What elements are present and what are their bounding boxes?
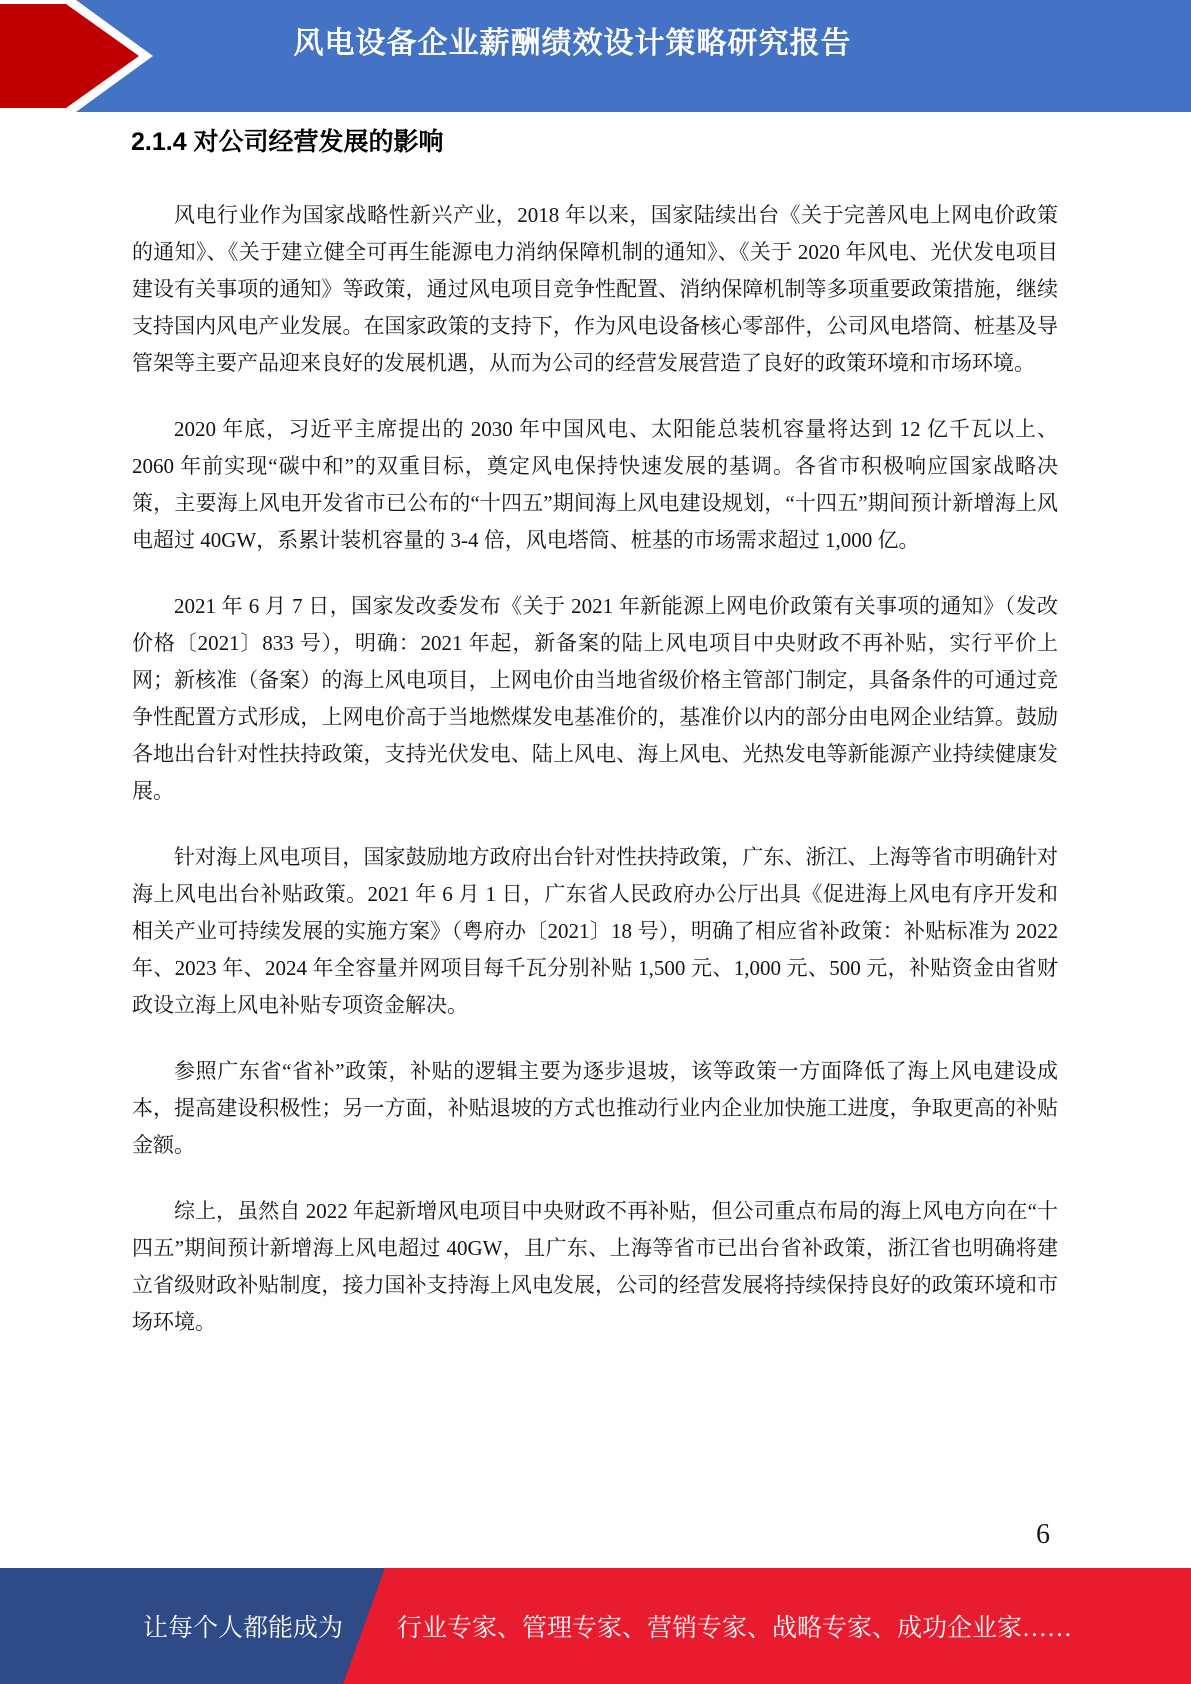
section-heading: 2.1.4 对公司经营发展的影响 [131, 126, 444, 158]
footer-slogan-left: 让每个人都能成为 [143, 1615, 343, 1642]
body-paragraph-5: 参照广东省“省补”政策，补贴的逻辑主要为逐步退坡，该等政策一方面降低了海上风电建… [132, 1053, 1058, 1164]
footer-banner: 让每个人都能成为 行业专家、管理专家、营销专家、战略专家、成功企业家…… [0, 1568, 1191, 1684]
footer-slogan-right: 行业专家、管理专家、营销专家、战略专家、成功企业家…… [397, 1615, 1072, 1642]
report-header-banner: 风电设备企业薪酬绩效设计策略研究报告 [0, 0, 1191, 112]
document-body: 风电行业作为国家战略性新兴产业，2018 年以来，国家陆续出台《关于完善风电上网… [132, 197, 1058, 1370]
body-paragraph-1: 风电行业作为国家战略性新兴产业，2018 年以来，国家陆续出台《关于完善风电上网… [132, 197, 1058, 382]
body-paragraph-6: 综上，虽然自 2022 年起新增风电项目中央财政不再补贴，但公司重点布局的海上风… [132, 1193, 1058, 1341]
body-paragraph-2: 2020 年底，习近平主席提出的 2030 年中国风电、太阳能总装机容量将达到 … [132, 411, 1058, 559]
page-number: 6 [1018, 1517, 1068, 1553]
report-title: 风电设备企业薪酬绩效设计策略研究报告 [0, 27, 1145, 61]
body-paragraph-3: 2021 年 6 月 7 日，国家发改委发布《关于 2021 年新能源上网电价政… [132, 588, 1058, 810]
body-paragraph-4: 针对海上风电项目，国家鼓励地方政府出台针对性扶持政策，广东、浙江、上海等省市明确… [132, 839, 1058, 1024]
